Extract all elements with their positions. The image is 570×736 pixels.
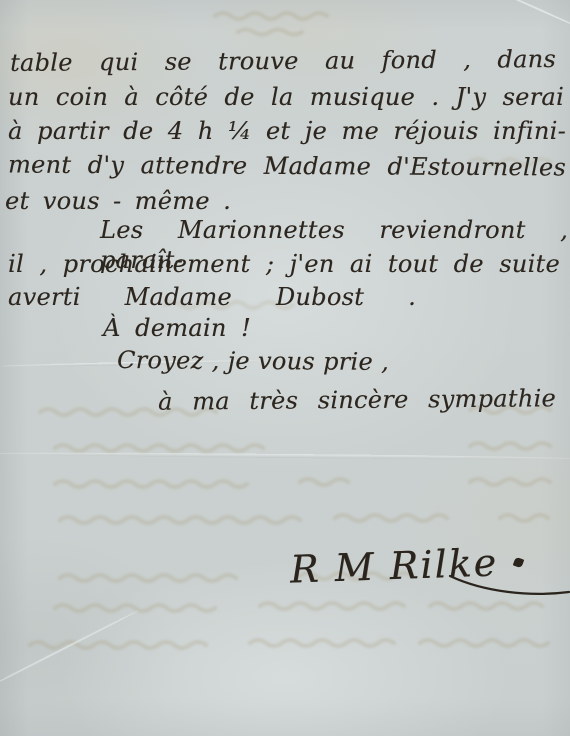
letter-line-5: et vous - même .: [5, 186, 231, 216]
letter-line-4: ment d'y attendre Madame d'Estournelles: [8, 150, 566, 183]
letter-line-8: averti Madame Dubost .: [8, 282, 416, 312]
letter-line-1: table qui se trouve au fond , dans: [10, 44, 556, 78]
letter-line-7: il , prochainement ; j'en ai tout de sui…: [8, 249, 560, 279]
letter-line-9: À demain !: [103, 313, 251, 343]
letter-line-2: un coin à côté de la musique . J'y serai: [8, 82, 564, 112]
letter-line-3: à partir de 4 h ¼ et je me réjouis infin…: [8, 116, 566, 146]
signature-flourish: [446, 570, 570, 602]
letter-line-10: Croyez , je vous prie ,: [117, 345, 389, 377]
letter-page: table qui se trouve au fond , dans un co…: [0, 0, 570, 736]
letter-line-11: à ma très sincère sympathie: [158, 383, 556, 416]
